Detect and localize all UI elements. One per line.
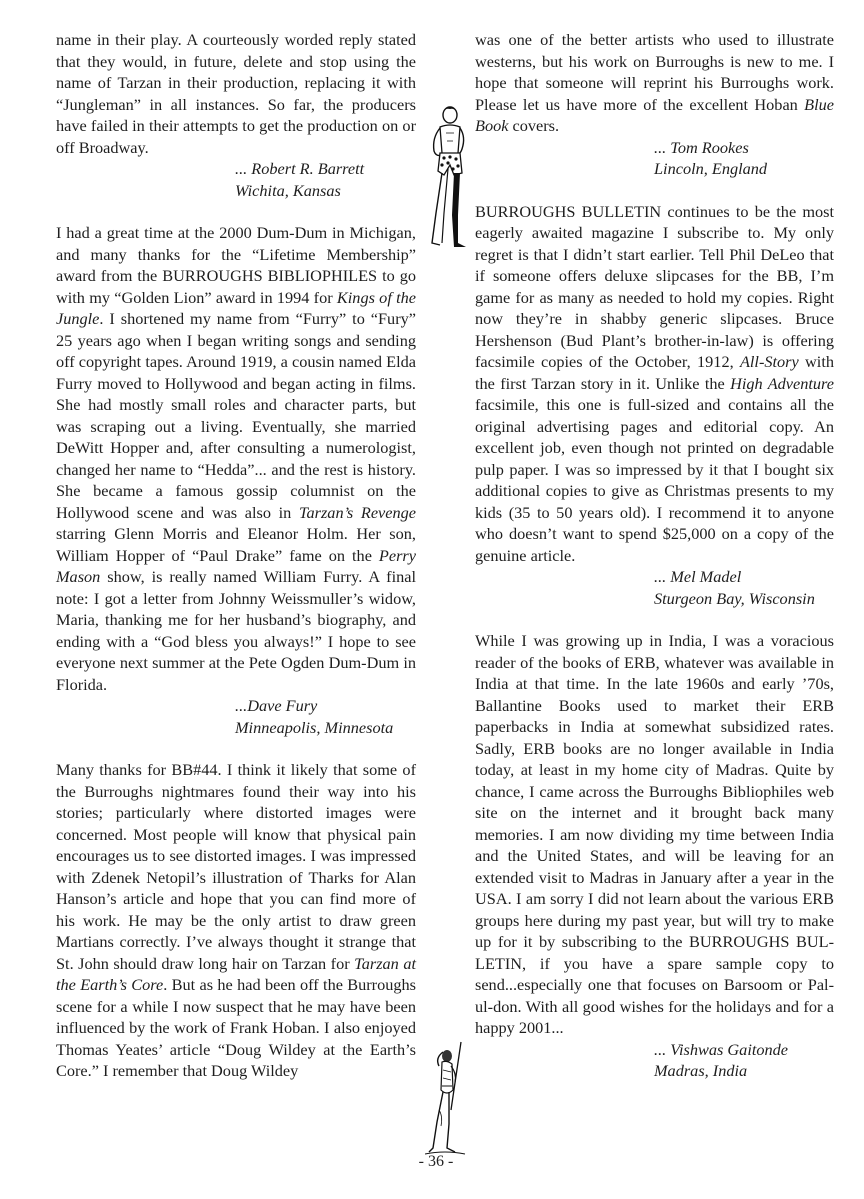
letter-author: ... Mel Madel bbox=[654, 566, 834, 588]
letter-text: While I was growing up in India, I was a… bbox=[475, 631, 834, 1037]
letter-text: BURROUGHS BULLETIN continues to be the m… bbox=[475, 202, 834, 372]
letter-text: name in their play. A courteously worded… bbox=[56, 30, 416, 157]
letter-body: BURROUGHS BULLETIN continues to be the m… bbox=[475, 201, 834, 567]
letter-location: Madras, India bbox=[654, 1060, 834, 1082]
letter-body: While I was growing up in India, I was a… bbox=[475, 630, 834, 1039]
letter-rookes: was one of the better artists who used t… bbox=[475, 29, 834, 180]
letter-barrett: name in their play. A courteously worded… bbox=[56, 29, 416, 201]
letter-body: Many thanks for BB#44. I think it likely… bbox=[56, 759, 416, 1082]
letter-author: ...Dave Fury bbox=[235, 695, 416, 717]
letter-author: ... Tom Rookes bbox=[654, 137, 834, 159]
left-column: name in their play. A courteously worded… bbox=[56, 29, 416, 1103]
letter-body: was one of the better artists who used t… bbox=[475, 29, 834, 137]
letter-gaitonde: While I was growing up in India, I was a… bbox=[475, 630, 834, 1082]
letter-body: I had a great time at the 2000 Dum-Dum i… bbox=[56, 222, 416, 695]
letter-signature: ... Tom Rookes Lincoln, England bbox=[654, 137, 834, 180]
letter-location: Wichita, Kansas bbox=[235, 180, 416, 202]
letter-signature: ...Dave Fury Minneapolis, Minnesota bbox=[235, 695, 416, 738]
letter-text: Many thanks for BB#44. I think it likely… bbox=[56, 760, 416, 973]
film-title: Tarzan’s Revenge bbox=[299, 503, 416, 522]
letter-signature: ... Vishwas Gaitonde Madras, India bbox=[654, 1039, 834, 1082]
letter-text: . I shortened my name from “Furry” to “F… bbox=[56, 309, 416, 522]
letter-fury: I had a great time at the 2000 Dum-Dum i… bbox=[56, 222, 416, 738]
letter-madel: BURROUGHS BULLETIN continues to be the m… bbox=[475, 201, 834, 610]
page-number: - 36 - bbox=[411, 1153, 461, 1171]
letter-text: show, is really named William Furry. A f… bbox=[56, 567, 416, 694]
letter-text: was one of the better artists who used t… bbox=[475, 30, 834, 114]
tarzan-standing-illustration-icon bbox=[420, 103, 470, 253]
letter-location: Sturgeon Bay, Wisconsin bbox=[654, 588, 834, 610]
letter-signature: ... Mel Madel Sturgeon Bay, Wisconsin bbox=[654, 566, 834, 609]
letter-location: Lincoln, England bbox=[654, 158, 834, 180]
magazine-title: All-Story bbox=[740, 352, 799, 371]
letter-text: facsimile, this one is full-sized and co… bbox=[475, 395, 834, 565]
publication-title: High Adventure bbox=[730, 374, 834, 393]
letter-location: Minneapolis, Minnesota bbox=[235, 717, 416, 739]
right-column: was one of the better artists who used t… bbox=[475, 29, 834, 1103]
letter-author: ... Robert R. Barrett bbox=[235, 158, 416, 180]
letter-signature: ... Robert R. Barrett Wichita, Kansas bbox=[235, 158, 416, 201]
letter-author: ... Vishwas Gaitonde bbox=[654, 1039, 834, 1061]
letter-text: covers. bbox=[508, 116, 559, 135]
letter-anonymous-bb44: Many thanks for BB#44. I think it likely… bbox=[56, 759, 416, 1082]
letter-body: name in their play. A courteously worded… bbox=[56, 29, 416, 158]
tarzan-with-spear-illustration-icon bbox=[425, 1040, 467, 1160]
letter-text: starring Glenn Morris and Eleanor Holm. … bbox=[56, 524, 416, 565]
